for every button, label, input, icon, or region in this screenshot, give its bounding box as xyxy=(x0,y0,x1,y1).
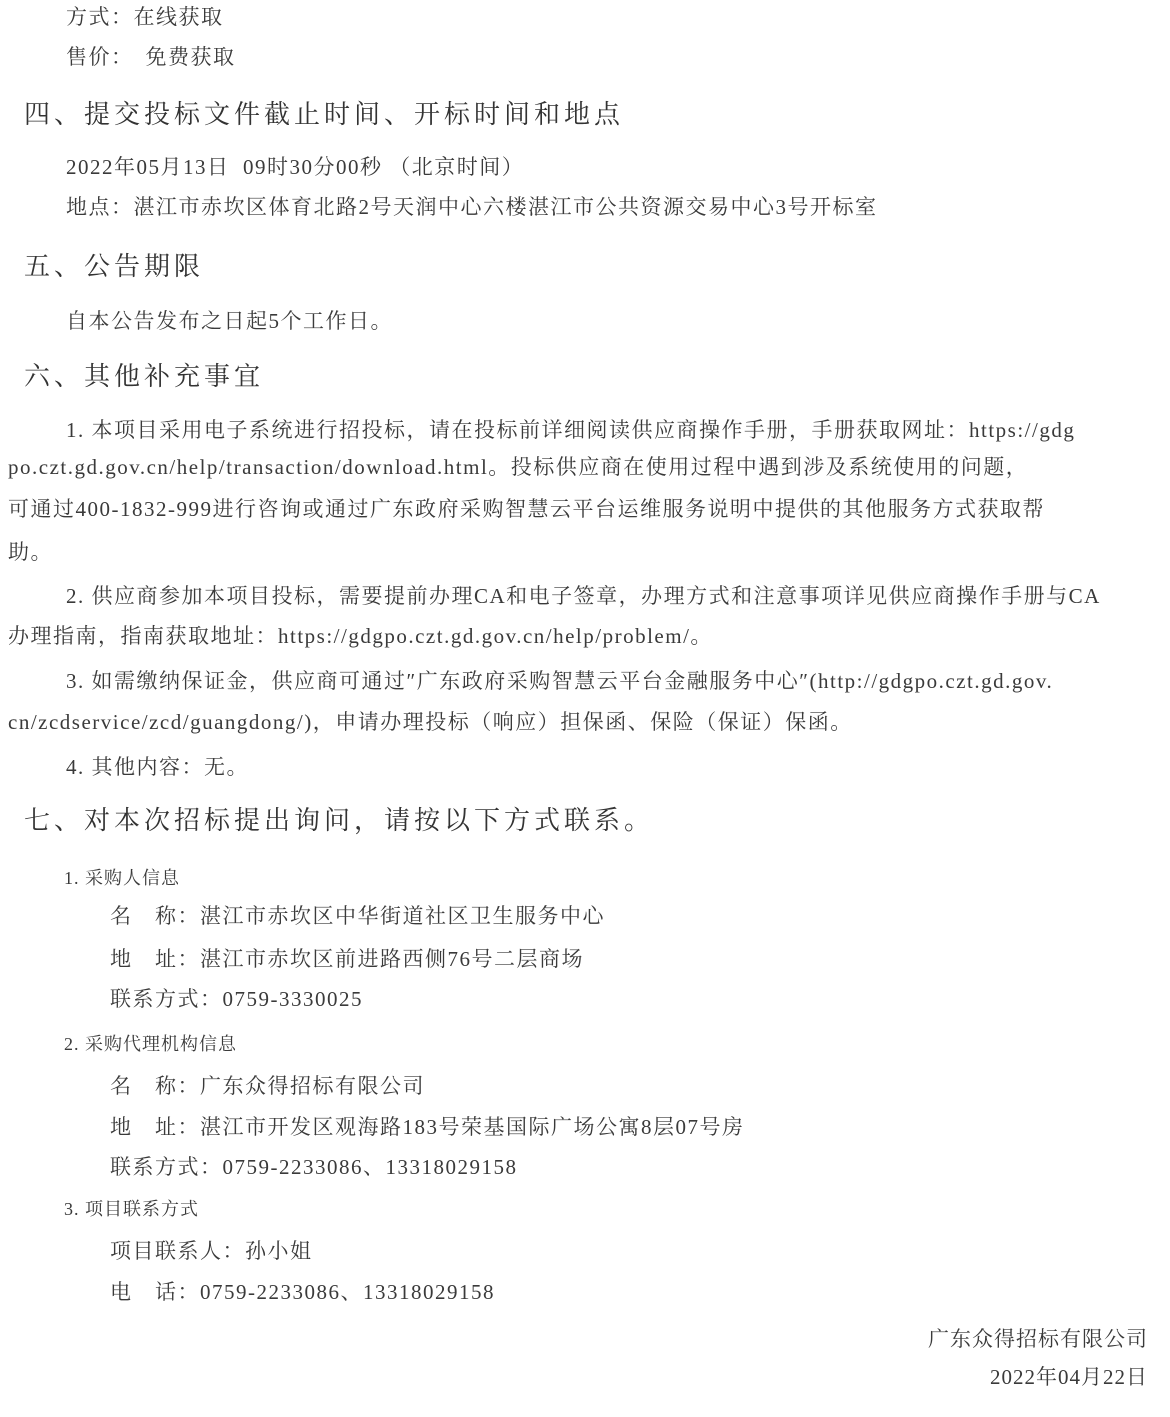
agency-info-title: 2. 采购代理机构信息 xyxy=(64,1032,237,1056)
agency-name-line: 名 称：广东众得招标有限公司 xyxy=(110,1073,425,1100)
tender-announcement-document: 方式：在线获取 售价： 免费获取 四、提交投标文件截止时间、开标时间和地点 20… xyxy=(0,0,1170,1417)
supplementary-item-3-line-2: cn/zcdservice/zcd/guangdong/)，申请办理投标（响应）… xyxy=(8,709,853,736)
agency-phone-line: 联系方式：0759-2233086、13318029158 xyxy=(110,1154,518,1181)
purchaser-name-line: 名 称：湛江市赤坎区中华街道社区卫生服务中心 xyxy=(110,903,605,930)
supplementary-item-1-line-4: 助。 xyxy=(8,539,53,566)
agency-address-line: 地 址：湛江市开发区观海路183号荣基国际广场公寓8层07号房 xyxy=(110,1114,745,1141)
supplementary-item-2-line-1: 2. 供应商参加本项目投标，需要提前办理CA和电子签章，办理方式和注意事项详见供… xyxy=(66,583,1101,610)
supplementary-item-3-line-1: 3. 如需缴纳保证金，供应商可通过″广东政府采购智慧云平台金融服务中心″(htt… xyxy=(66,668,1053,695)
deadline-datetime-line: 2022年05月13日 09时30分00秒 （北京时间） xyxy=(66,154,524,181)
supplementary-item-1-line-3: 可通过400-1832-999进行咨询或通过广东政府采购智慧云平台运维服务说明中… xyxy=(8,496,1045,523)
section-heading-contact: 七、对本次招标提出询问，请按以下方式联系。 xyxy=(24,804,654,838)
section-heading-supplementary: 六、其他补充事宜 xyxy=(24,360,264,394)
purchaser-info-title: 1. 采购人信息 xyxy=(64,866,180,890)
supplementary-item-2-line-2: 办理指南，指南获取地址：https://gdgpo.czt.gd.gov.cn/… xyxy=(8,623,713,650)
section-heading-deadline: 四、提交投标文件截止时间、开标时间和地点 xyxy=(24,98,624,132)
section-heading-period: 五、公告期限 xyxy=(24,250,204,284)
announcement-period-line: 自本公告发布之日起5个工作日。 xyxy=(66,308,393,335)
project-contact-person-line: 项目联系人：孙小姐 xyxy=(110,1238,313,1265)
purchaser-phone-line: 联系方式：0759-3330025 xyxy=(110,986,363,1013)
acquisition-method-line: 方式：在线获取 xyxy=(66,4,224,31)
price-line: 售价： 免费获取 xyxy=(66,44,236,71)
signature-date: 2022年04月22日 xyxy=(990,1364,1148,1391)
supplementary-item-4-line-1: 4. 其他内容：无。 xyxy=(66,754,249,781)
supplementary-item-1-line-2: po.czt.gd.gov.cn/help/transaction/downlo… xyxy=(8,454,1028,481)
supplementary-item-1-line-1: 1. 本项目采用电子系统进行招投标，请在投标前详细阅读供应商操作手册，手册获取网… xyxy=(66,417,1075,444)
project-contact-phone-line: 电 话：0759-2233086、13318029158 xyxy=(110,1279,495,1306)
signature-company: 广东众得招标有限公司 xyxy=(928,1326,1148,1353)
project-contact-title: 3. 项目联系方式 xyxy=(64,1197,199,1221)
opening-location-line: 地点：湛江市赤坎区体育北路2号天润中心六楼湛江市公共资源交易中心3号开标室 xyxy=(66,194,878,221)
purchaser-address-line: 地 址：湛江市赤坎区前进路西侧76号二层商场 xyxy=(110,946,584,973)
